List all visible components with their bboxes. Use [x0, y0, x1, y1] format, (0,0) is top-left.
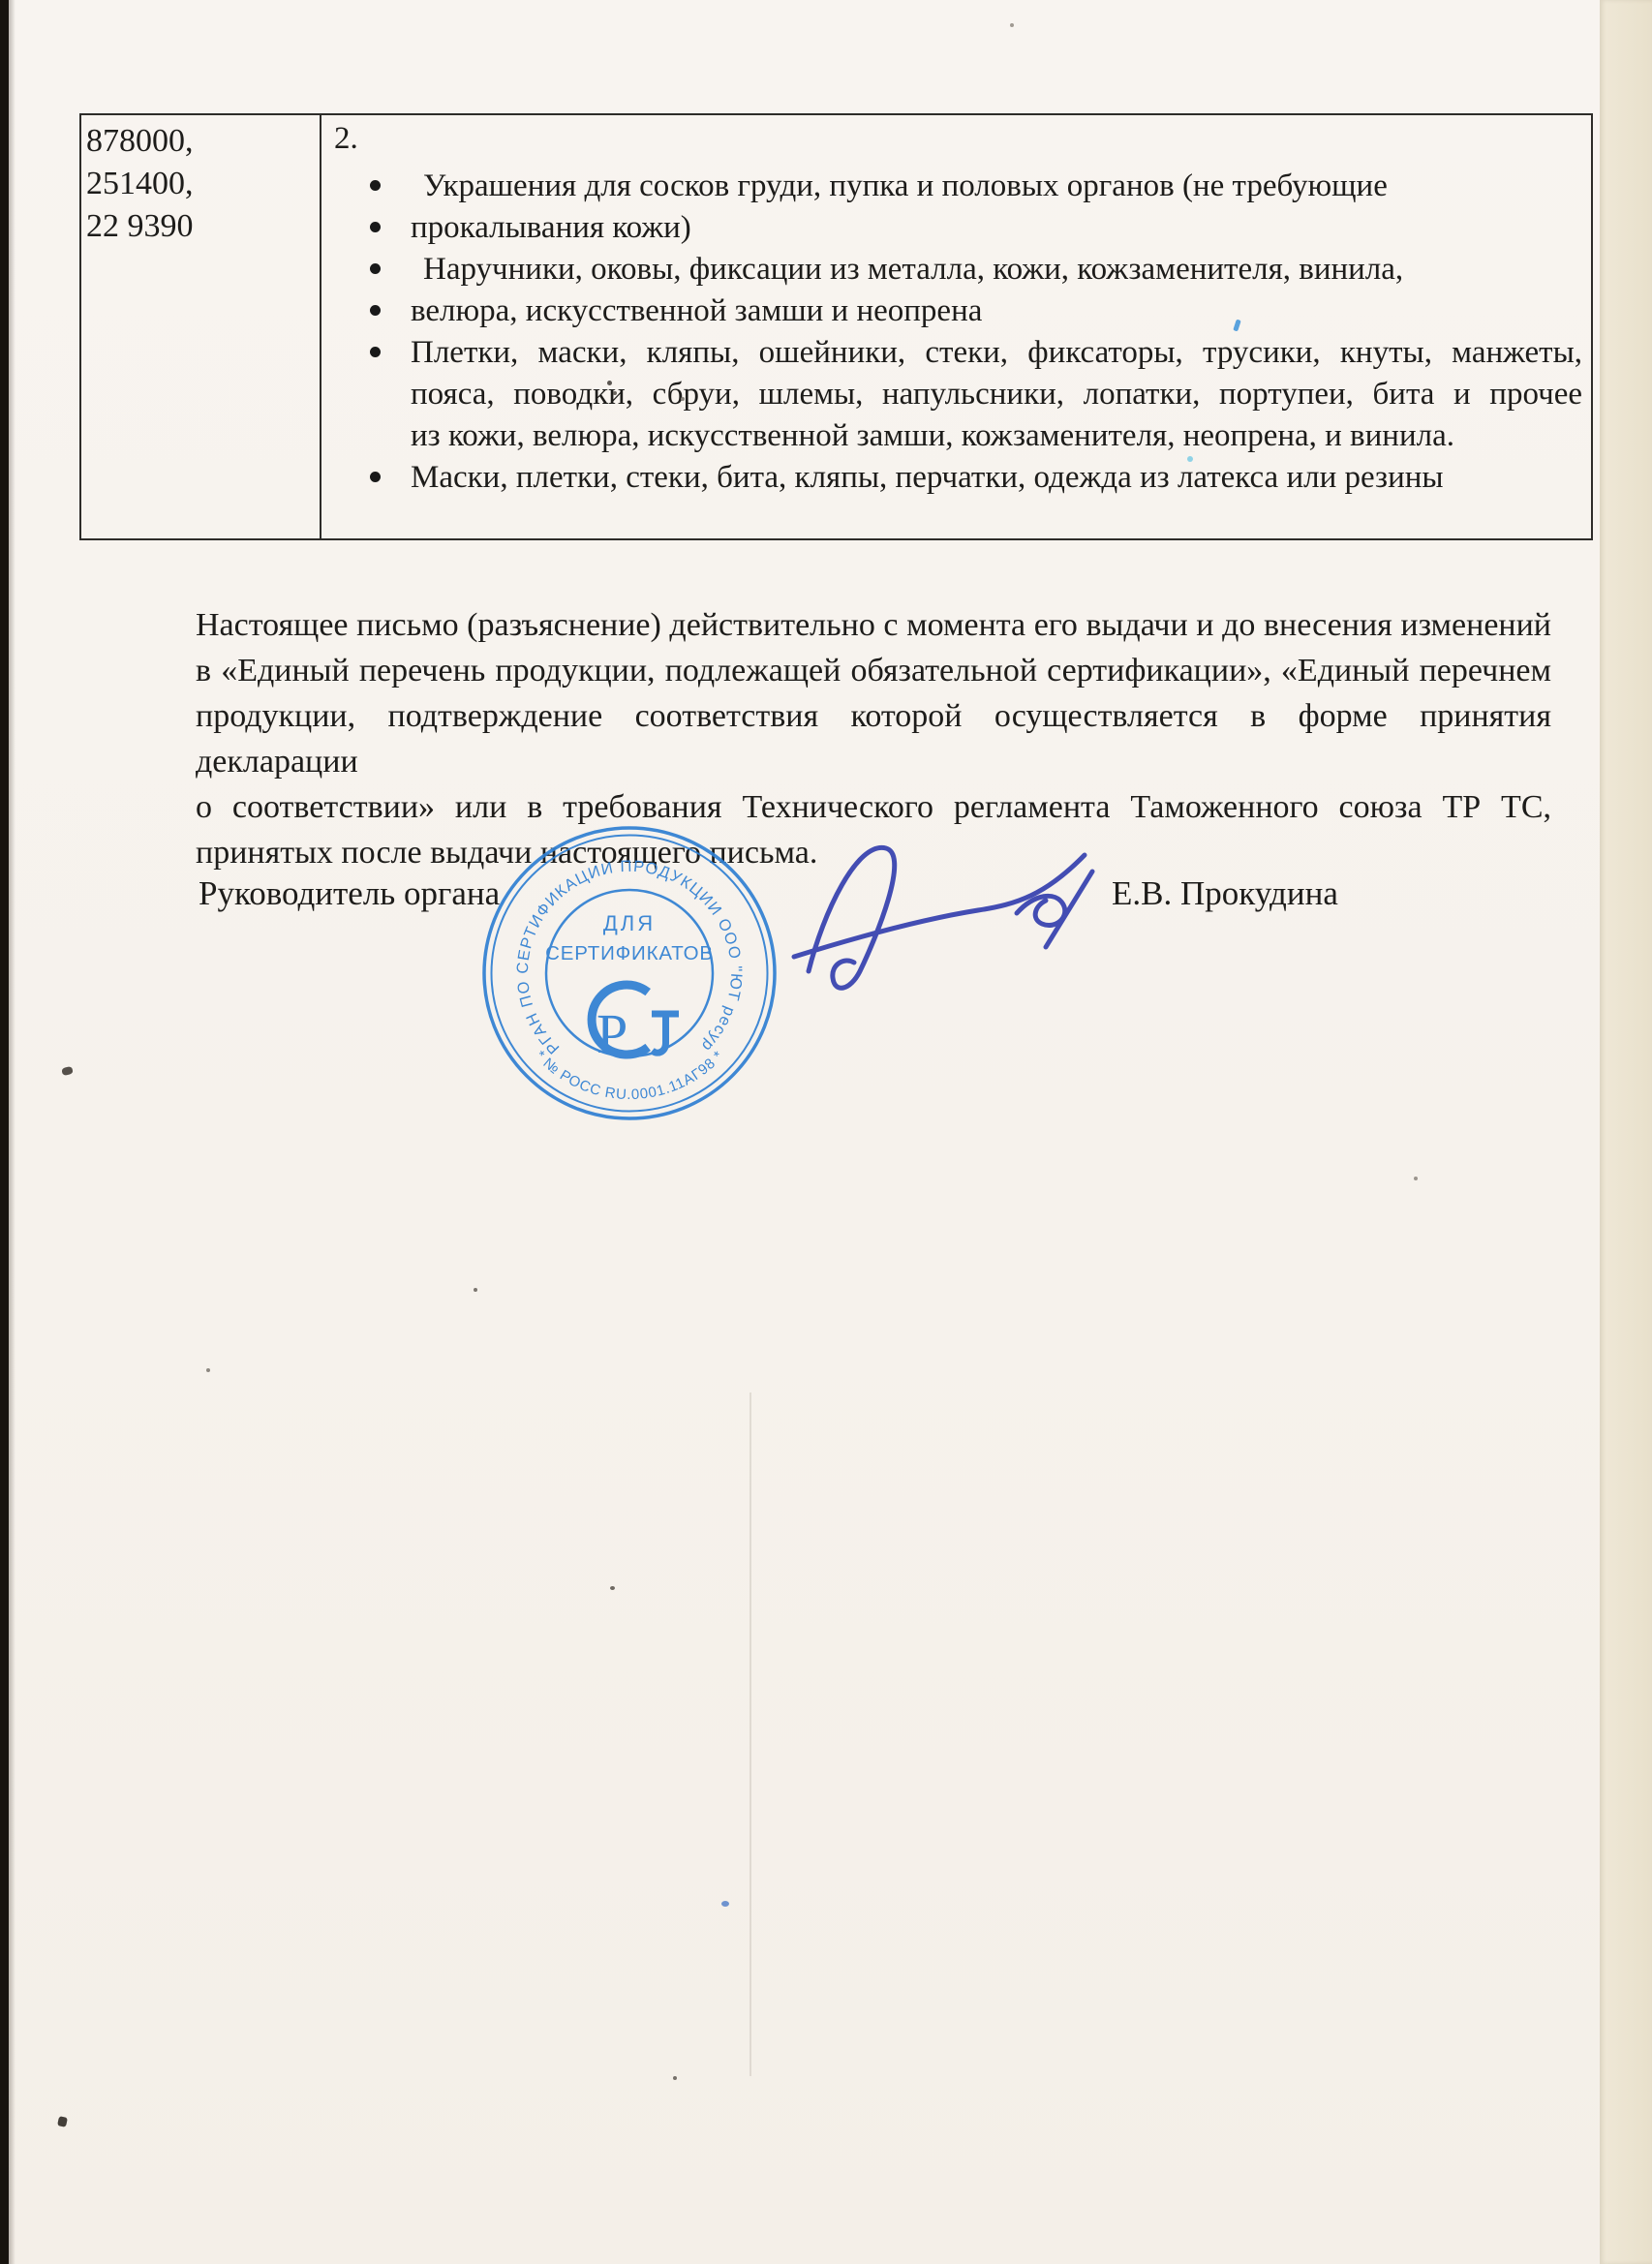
list-item-line: Плетки, маски, кляпы, ошейники, стеки, ф… — [411, 332, 1582, 374]
signature-strokes — [794, 847, 1092, 988]
bullet-icon — [370, 347, 381, 357]
stamp-center-line2: СЕРТИФИКАТОВ — [545, 942, 714, 964]
table-cell-description: 2. Украшения для сосков груди, пупка и п… — [321, 115, 1591, 538]
scan-speck — [61, 1066, 74, 1076]
list-item: Маски, плетки, стеки, бита, кляпы, перча… — [370, 457, 1583, 499]
scan-speck — [1187, 456, 1193, 462]
list-item-line: пояса, поводки, сбруи, шлемы, напульсник… — [411, 374, 1582, 415]
logo-letter-p: Р — [597, 1002, 627, 1065]
scan-speck — [613, 391, 617, 395]
signature — [726, 821, 1114, 1034]
scan-speck — [474, 1288, 477, 1292]
bullet-icon — [370, 180, 381, 191]
list-item: велюра, искусственной замши и неопрена — [370, 291, 1583, 332]
bullet-icon — [370, 472, 381, 482]
list-item: Наручники, оковы, фиксации из металла, к… — [370, 249, 1583, 291]
bullet-icon — [370, 263, 381, 274]
scan-speck — [681, 397, 685, 401]
scan-speck — [610, 1586, 615, 1590]
signer-name: Е.В. Прокудина — [1112, 874, 1338, 913]
list-item-text: Маски, плетки, стеки, бита, кляпы, перча… — [411, 457, 1582, 499]
paragraph-line: Настоящее письмо (разъяснение) действите… — [196, 602, 1551, 648]
role-label: Руководитель органа — [199, 874, 500, 913]
stamp-center-line1: ДЛЯ — [603, 911, 656, 935]
scan-speck — [607, 381, 612, 385]
list-item-text: Наручники, оковы, фиксации из металла, к… — [411, 249, 1582, 291]
code-line: 878000, — [86, 120, 314, 163]
list-item: прокалывания кожи) — [370, 207, 1583, 249]
list-item-text: Украшения для сосков груди, пупка и поло… — [411, 166, 1582, 207]
scan-edge-left — [0, 0, 9, 2264]
scan-speck — [721, 1901, 729, 1907]
item-number: 2. — [334, 117, 1583, 160]
list-item-text: велюра, искусственной замши и неопрена — [411, 291, 1582, 332]
bullet-icon — [370, 305, 381, 316]
list-item-text: Плетки, маски, кляпы, ошейники, стеки, ф… — [411, 332, 1582, 457]
scan-speck — [673, 2076, 677, 2080]
list-item: Украшения для сосков груди, пупка и поло… — [370, 166, 1583, 207]
code-line: 251400, — [86, 163, 314, 205]
list-item-text: прокалывания кожи) — [411, 207, 1582, 249]
fold-line — [750, 1392, 751, 2076]
code-line: 22 9390 — [86, 205, 314, 248]
paragraph-line: продукции, подтверждение соответствия ко… — [196, 693, 1551, 784]
logo-letter-t-stem — [653, 1014, 666, 1053]
paragraph-line: в «Единый перечень продукции, подлежащей… — [196, 648, 1551, 693]
list-item-line: из кожи, велюра, искусственной замши, ко… — [411, 415, 1582, 457]
scan-speck — [57, 2116, 68, 2127]
list-item: Плетки, маски, кляпы, ошейники, стеки, ф… — [370, 332, 1583, 457]
scan-strip-right — [1600, 0, 1652, 2264]
rst-logo: Р — [592, 985, 679, 1065]
bullet-icon — [370, 222, 381, 232]
scan-speck — [1414, 1177, 1418, 1180]
bullet-list: Украшения для сосков груди, пупка и поло… — [370, 166, 1583, 499]
table-cell-codes: 878000, 251400, 22 9390 — [81, 115, 321, 538]
codes-table: 878000, 251400, 22 9390 2. Украшения для… — [79, 113, 1593, 540]
scanned-document-page: 878000, 251400, 22 9390 2. Украшения для… — [0, 0, 1652, 2264]
scan-edge-shadow — [9, 0, 15, 2264]
scan-speck — [206, 1368, 210, 1372]
scan-speck — [1010, 23, 1014, 27]
